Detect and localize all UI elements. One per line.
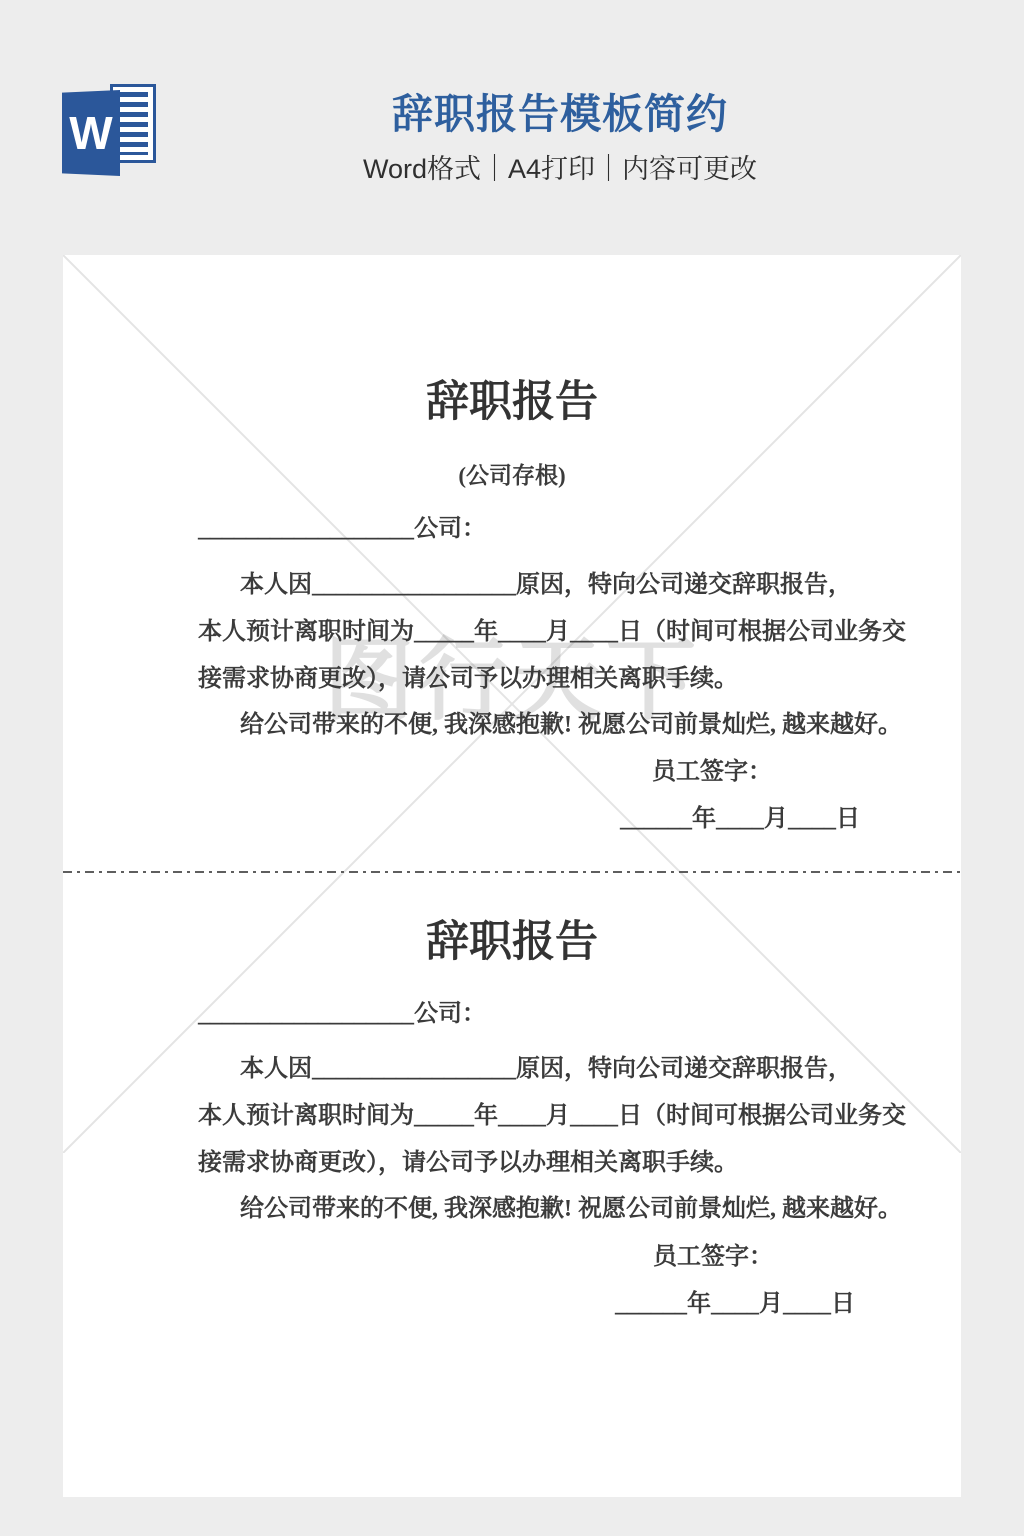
company-line-top: __________________公司： xyxy=(198,513,486,545)
employee-signature-label-top: 员工签字： xyxy=(652,756,772,788)
doc-title-bottom: 辞职报告 xyxy=(63,915,961,971)
paragraph-line: 本人因_________________原因，特向公司递交辞职报告， xyxy=(198,1053,852,1085)
doc-note-company-stub: (公司存根) xyxy=(63,461,961,491)
header: 辞职报告模板简约 Word格式｜A4打印｜内容可更改 xyxy=(160,90,960,184)
employee-signature-label-bottom: 员工签字： xyxy=(653,1241,773,1273)
doc-title-top: 辞职报告 xyxy=(63,375,961,431)
page-subtitle: Word格式｜A4打印｜内容可更改 xyxy=(160,154,960,184)
paragraph-line: 本人预计离职时间为_____年____月____日（时间可根据公司业务交 xyxy=(198,1100,906,1132)
word-icon-panel: W xyxy=(62,90,120,176)
word-icon: W xyxy=(62,84,156,180)
section-divider xyxy=(63,871,961,873)
document-page: 图行天下 辞职报告 (公司存根) __________________公司： 本… xyxy=(63,255,961,1497)
paragraph-line: 给公司带来的不便, 我深感抱歉! 祝愿公司前景灿烂, 越来越好。 xyxy=(198,1193,902,1225)
paragraph-line: 接需求协商更改），请公司予以办理相关离职手续。 xyxy=(198,1147,738,1179)
date-line-bottom: ______年____月____日 xyxy=(615,1288,855,1320)
paragraph-line: 本人预计离职时间为_____年____月____日（时间可根据公司业务交 xyxy=(198,616,906,648)
date-line-top: ______年____月____日 xyxy=(620,803,860,835)
page-title: 辞职报告模板简约 xyxy=(160,90,960,138)
paragraph-line: 给公司带来的不便, 我深感抱歉! 祝愿公司前景灿烂, 越来越好。 xyxy=(198,709,902,741)
paragraph-line: 本人因_________________原因，特向公司递交辞职报告， xyxy=(198,569,852,601)
word-icon-text-lines xyxy=(118,92,148,155)
paragraph-line: 接需求协商更改），请公司予以办理相关离职手续。 xyxy=(198,663,738,695)
company-line-bottom: __________________公司： xyxy=(198,998,486,1030)
word-icon-letter: W xyxy=(69,110,112,156)
